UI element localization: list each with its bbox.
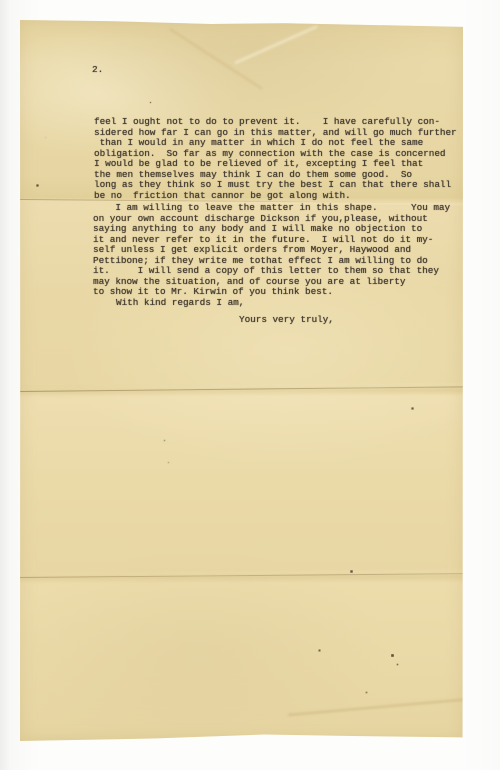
letter-page: 2. feel I ought not to do to prevent it.… [20,20,463,741]
letter-paragraph-1: feel I ought not to do to prevent it. I … [94,117,457,201]
wrinkle-bottom-right [288,698,472,716]
fold-crease-middle [20,386,463,392]
letter-paragraph-2: I am willing to leave the matter in this… [93,203,450,298]
signoff-line: Yours very truly, [239,315,334,326]
wrinkle-top-center-highlight [235,25,318,63]
paper-specks [20,20,21,21]
fold-crease-lower [20,573,463,578]
closing-line: With kind regards I am, [116,298,244,309]
page-number: 2. [92,65,103,76]
wrinkle-top-center [169,28,262,90]
